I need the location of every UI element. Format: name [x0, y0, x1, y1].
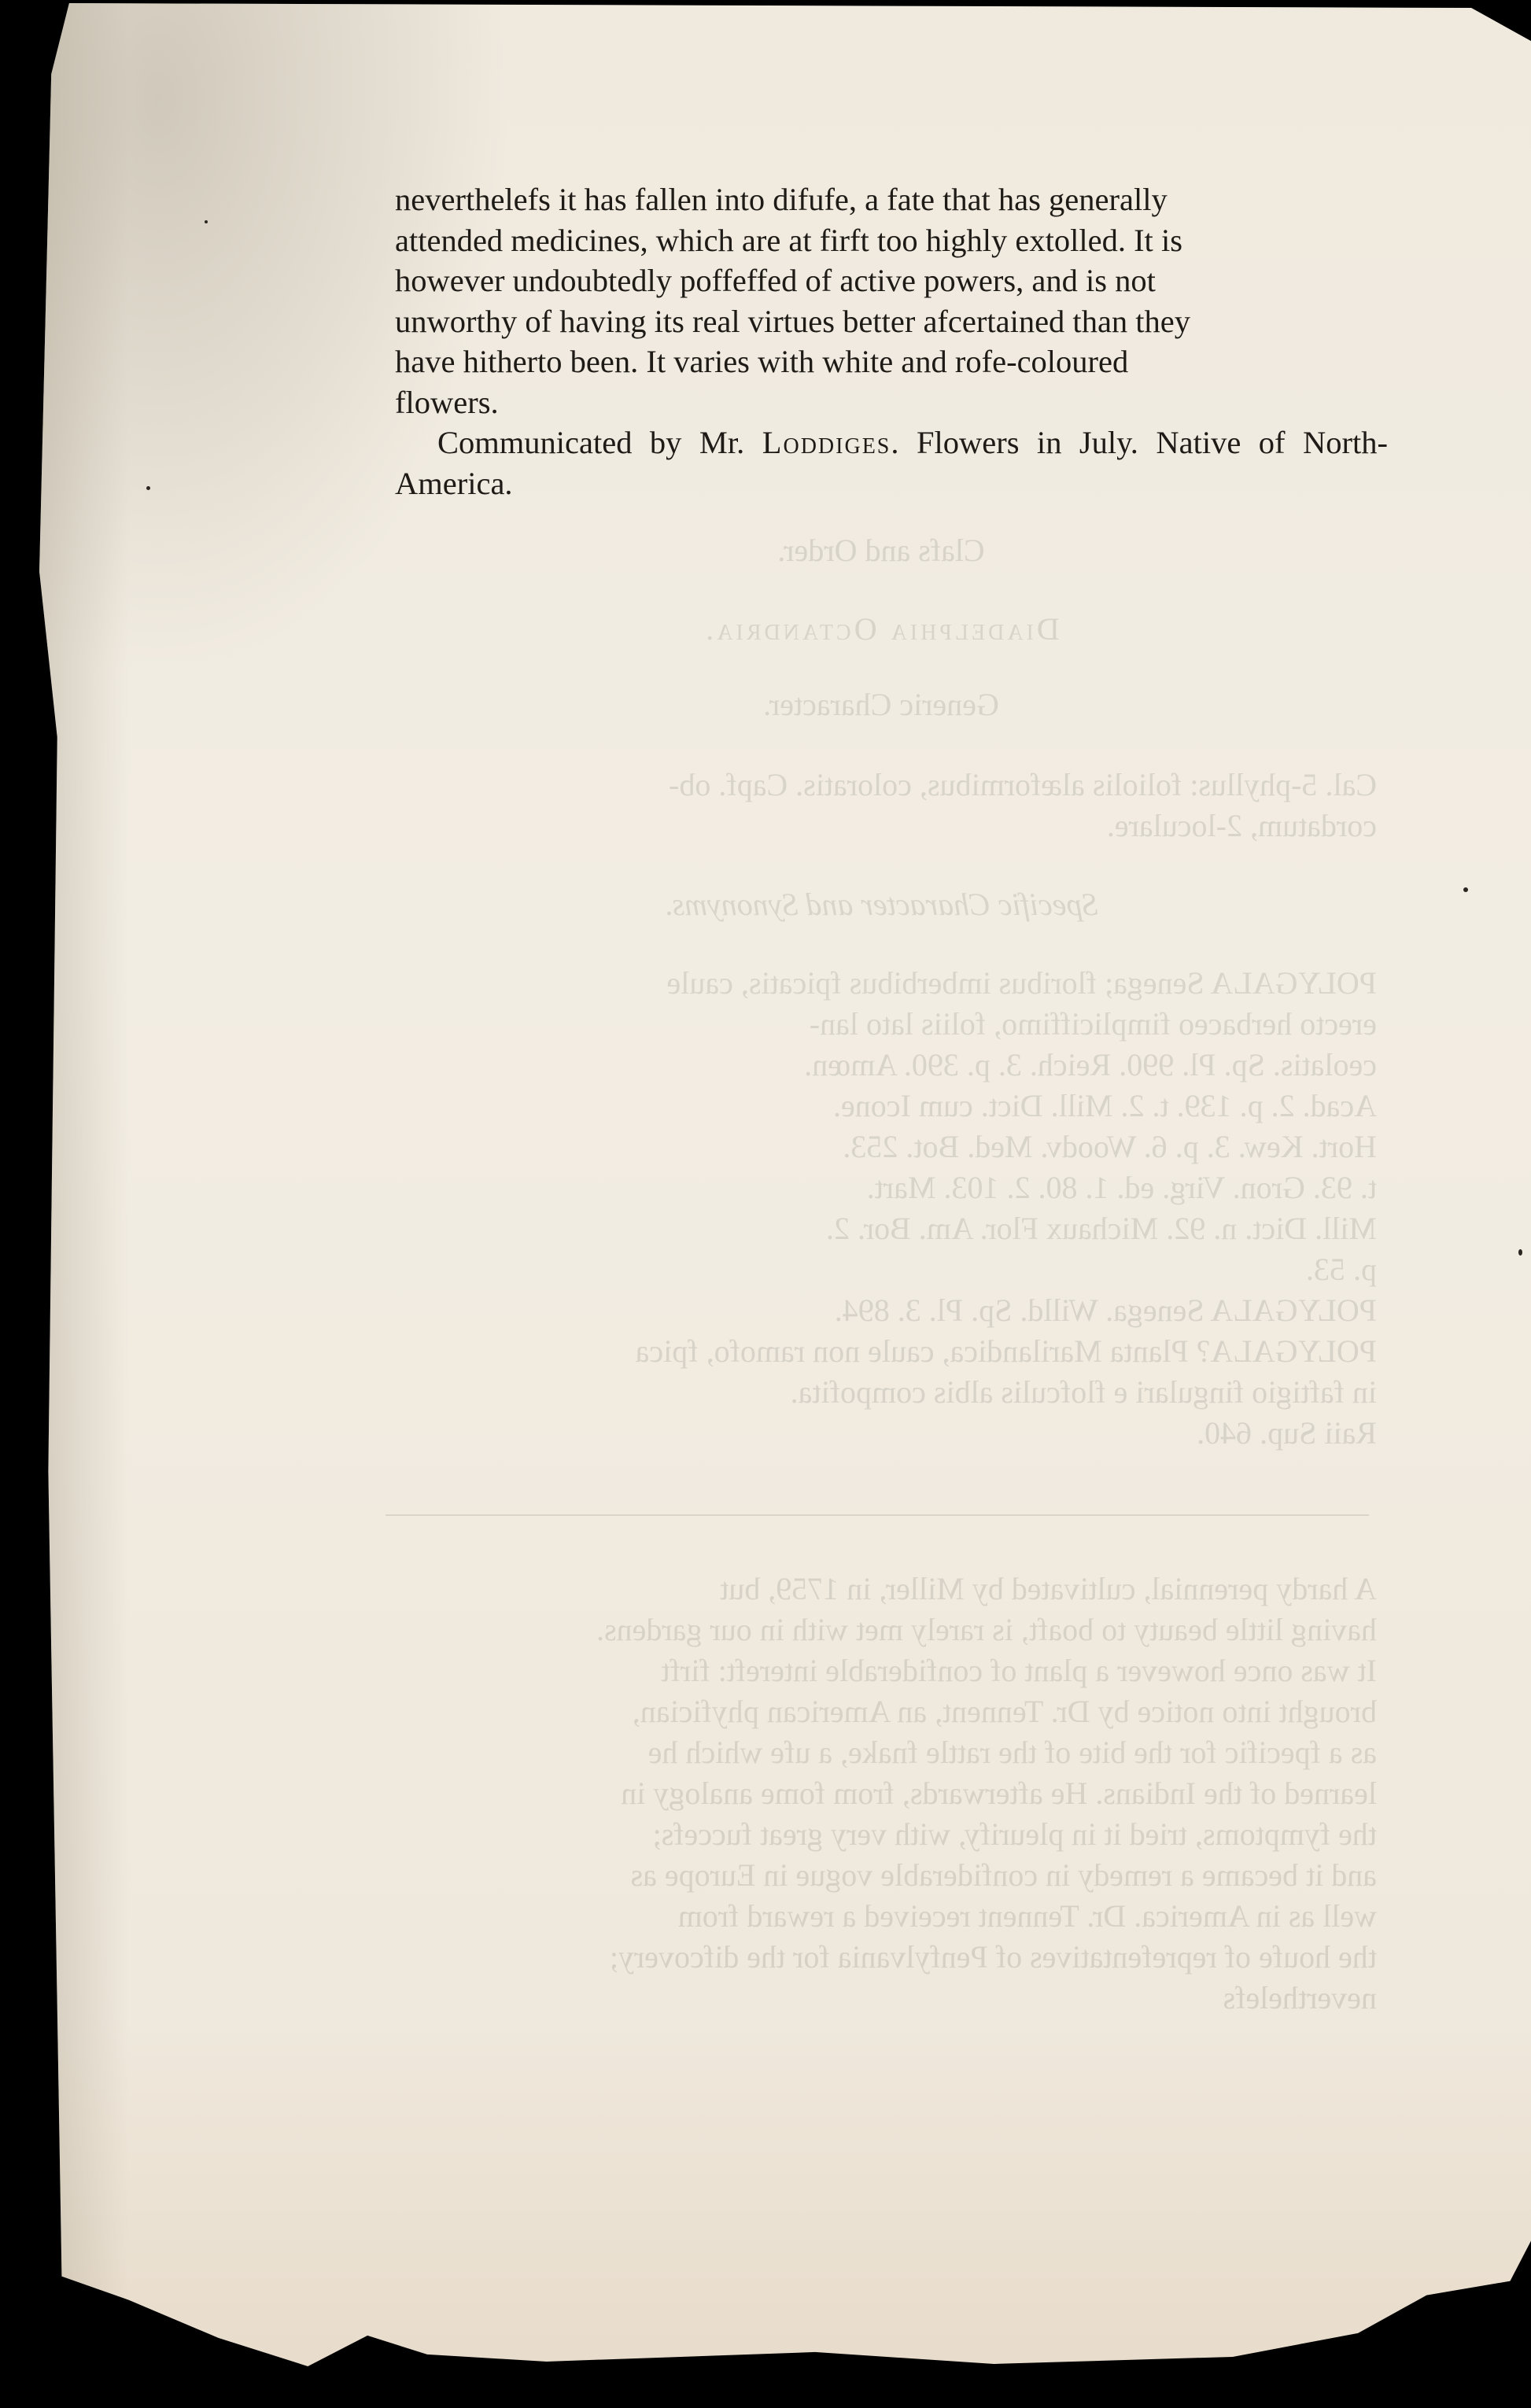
show-through-line: POLYGALA? Planta Marilandica, caule non …	[386, 1331, 1377, 1372]
show-through-generic-heading: Generic Character.	[386, 684, 1377, 725]
show-through-line: POLYGALA Senega. Willd. Sp. Pl. 3. 894.	[386, 1290, 1377, 1331]
show-through-generic-block: Cal. 5-phyllus: foliolis alæformibus, co…	[386, 765, 1377, 846]
show-through-line: ceolatis. Sp. Pl. 990. Reich. 3. p. 390.…	[386, 1045, 1377, 1086]
text-line: neverthelefs it has fallen into difufe, …	[395, 182, 1168, 217]
text-line: flowers.	[395, 385, 499, 420]
show-through-line: the houfe of reprefentatives of Penfylva…	[386, 1937, 1377, 1978]
show-through-line: Raii Sup. 640.	[386, 1413, 1377, 1454]
text-line: have hitherto been. It varies with white…	[395, 344, 1128, 379]
book-page: Clafs and Order. Diadelphia Octandria. G…	[39, 3, 1531, 2371]
show-through-divider	[386, 1514, 1369, 1516]
show-through-line: Cal. 5-phyllus: foliolis alæformibus, co…	[386, 765, 1377, 806]
show-through-line: It was once however a plant of confidera…	[386, 1650, 1377, 1691]
text-line: attended medicines, which are at firft t…	[395, 223, 1182, 258]
paragraph-1: neverthelefs it has fallen into difufe, …	[395, 179, 1388, 422]
show-through-line: erecto herbaceo fimpliciffimo, foliis la…	[386, 1004, 1377, 1045]
show-through-description: A hardy perennial, cultivated by Miller,…	[386, 1569, 1377, 2019]
paper-speck	[1518, 1249, 1522, 1256]
communicated-prefix: Communicated by Mr.	[437, 425, 762, 460]
show-through-line: Hort. Kew. 3. p. 6. Woodv. Med. Bot. 253…	[386, 1127, 1377, 1167]
show-through-line: in faftigio fingulari e flofculis albis …	[386, 1372, 1377, 1413]
show-through-line: as a fpecific for the bite of the rattle…	[386, 1732, 1377, 1773]
show-through-line: Mill. Dict. n. 92. Michaux Flor. Am. Bor…	[386, 1208, 1377, 1249]
paper-speck	[146, 486, 150, 490]
text-line: unworthy of having its real virtues bett…	[395, 304, 1190, 339]
communicator-name: Loddiges	[762, 425, 891, 460]
paper-speck	[1463, 887, 1468, 892]
show-through-line: t. 93. Gron. Virg. ed. 1. 80. 2. 103. Ma…	[386, 1167, 1377, 1208]
show-through-line: POLYGALA Senega; floribus imberbibus fpi…	[386, 963, 1377, 1004]
show-through-line: having little beauty to boaft, is rarely…	[386, 1610, 1377, 1650]
main-text: neverthelefs it has fallen into difufe, …	[395, 179, 1388, 503]
show-through-class-heading: Clafs and Order.	[386, 530, 1377, 571]
show-through-line: learned of the Indians. He afterwards, f…	[386, 1773, 1377, 1814]
show-through-line: Acad. 2. p. 139. t. 2. Mill. Dict. cum I…	[386, 1086, 1377, 1127]
show-through-specific-heading: Specific Character and Synonyms.	[386, 884, 1377, 925]
show-through-line: p. 53.	[386, 1249, 1377, 1290]
paragraph-2: Communicated by Mr. Loddiges. Flowers in…	[395, 422, 1388, 503]
show-through-class-name: Diadelphia Octandria.	[386, 609, 1377, 650]
show-through-line: cordatum, 2-loculare.	[386, 806, 1377, 846]
text-line: however undoubtedly poffeffed of active …	[395, 263, 1156, 298]
show-through-line: brought into notice by Dr. Tennent, an A…	[386, 1691, 1377, 1732]
show-through-line: well as in America. Dr. Tennent received…	[386, 1896, 1377, 1937]
show-through-line: A hardy perennial, cultivated by Miller,…	[386, 1569, 1377, 1610]
show-through-line: the fymptoms, tried it in pleurify, with…	[386, 1814, 1377, 1855]
show-through-synonyms: POLYGALA Senega; floribus imberbibus fpi…	[386, 963, 1377, 1454]
show-through-line: neverthelefs	[386, 1978, 1377, 2019]
show-through-line: and it became a remedy in confiderable v…	[386, 1855, 1377, 1896]
paper-speck	[205, 220, 208, 223]
